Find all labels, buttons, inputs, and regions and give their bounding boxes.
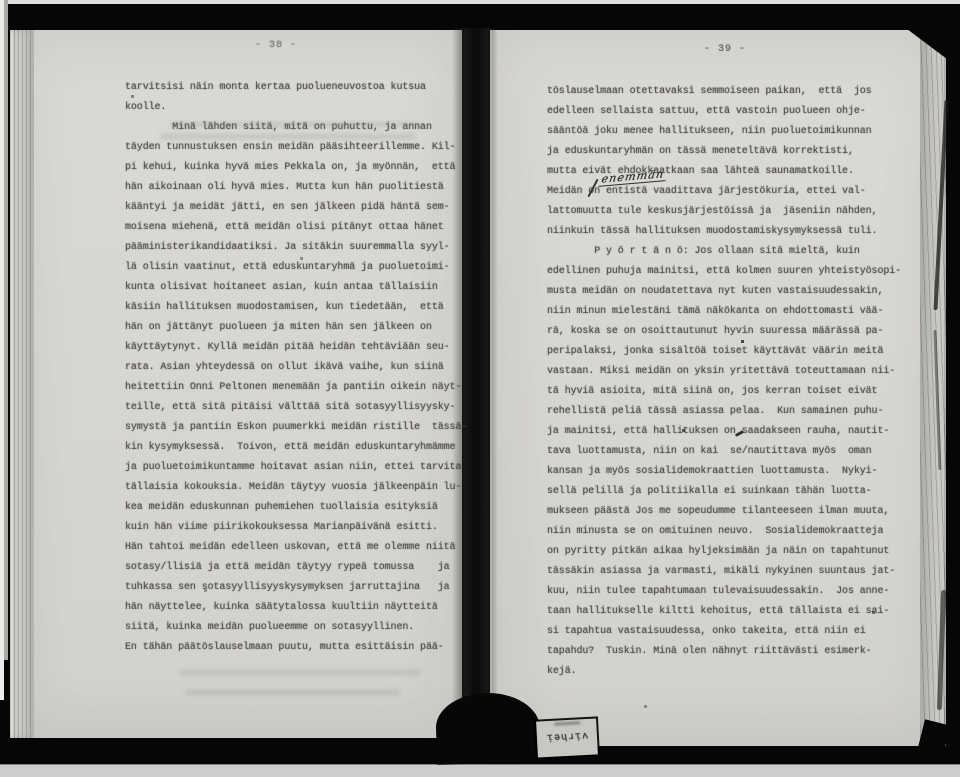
text-line: sotasy/llisiä ja että meidän täytyy rype… xyxy=(125,558,467,578)
text-line: P y ö r t ä n ö: Jos ollaan sitä mieltä,… xyxy=(547,242,901,262)
text-line: kunta olisivat hoitaneet asian, kuin ant… xyxy=(125,278,467,298)
text-line: si tapahtua vastaisuudessa, onko takeita… xyxy=(547,622,901,642)
text-line: käsiin hallituksen muodostamisen, kun ti… xyxy=(125,298,467,318)
text-line: pääministerikandidaatiksi. Ja sitäkin su… xyxy=(125,238,467,258)
bleedthrough-smudge xyxy=(170,122,420,127)
text-line: koolle. xyxy=(125,98,467,118)
text-line: ja eduskuntaryhmän on tässä meneteltävä … xyxy=(547,142,901,162)
text-line: tuhkassa sen sotasyyllisyyskysymyksen ja… xyxy=(125,578,467,598)
page-crease xyxy=(934,330,942,470)
text-line: sääntöä joku menee hallitukseen, niin pu… xyxy=(547,122,901,142)
fragment-mark xyxy=(554,721,580,725)
page-39: - 39 - töslauselmaan otettavaksi semmois… xyxy=(490,30,946,746)
torn-corner xyxy=(918,719,950,754)
text-line: musta meidän on noudatettava nyt kuten v… xyxy=(547,282,901,302)
text-line: heitettiin Onni Peltonen menemään ja pan… xyxy=(125,378,467,398)
text-line: tässäkin asiassa ja varmasti, mikäli nyk… xyxy=(547,562,901,582)
book-gutter-shadow xyxy=(452,28,498,748)
text-line: hän näyttelee, kuinka säätytalossa kuult… xyxy=(125,598,467,618)
text-line: kuin hän viime piirikokouksessa Marianpä… xyxy=(125,518,467,538)
text-line: töslauselmaan otettavaksi semmoiseen pai… xyxy=(547,82,901,102)
fragment-text: virhei xyxy=(536,728,598,742)
text-line: kääntyi ja meidät jätti, en sen jälkeen … xyxy=(125,198,467,218)
text-line: ja mainitsi, että hallituksen on saadaks… xyxy=(547,422,901,442)
bleedthrough-smudge xyxy=(180,670,420,675)
text-line: kejä. xyxy=(547,662,901,682)
page-38: - 38 - tarvitsisi näin monta kertaa puol… xyxy=(10,30,462,738)
microfilm-scan: { "document": { "left_page": { "page_num… xyxy=(0,0,960,777)
bleedthrough-smudge xyxy=(185,690,400,695)
text-line: niin minun mielestäni tämä näkökanta on … xyxy=(547,302,901,322)
bleedthrough-smudge xyxy=(160,134,415,139)
page-crease xyxy=(937,590,946,710)
text-line: kansan ja myös sosialidemokraattien luot… xyxy=(547,462,901,482)
torn-corner xyxy=(907,29,947,59)
text-line: lä olisin vaatinut, että eduskuntaryhmä … xyxy=(125,258,467,278)
text-line: kuu, niin tulee tapahtumaan tulevaisuude… xyxy=(547,582,901,602)
page-edge-stack-left xyxy=(10,30,34,738)
text-line: symystä ja pantiin Eskon puumerkki meidä… xyxy=(125,418,467,438)
text-line: tarvitsisi näin monta kertaa puolueneuvo… xyxy=(125,78,467,98)
film-strip-bottom xyxy=(0,764,960,777)
text-line: niin minusta se on omituinen neuvo. Sosi… xyxy=(547,522,901,542)
text-line: taan hallitukselle kiltti kehoitus, että… xyxy=(547,602,901,622)
text-line: käyttäytynyt. Kyllä meidän pitää heidän … xyxy=(125,338,467,358)
text-line: pi kehui, kuinka hyvä mies Pekkala on, j… xyxy=(125,158,467,178)
text-line: tällaisia kokouksia. Meidän täytyy vuosi… xyxy=(125,478,467,498)
page-number-38: - 38 - xyxy=(255,40,297,51)
text-line: vastaan. Miksi meidän on yksin yritettäv… xyxy=(547,362,901,382)
text-line: ja puoluetoimikuntamme hoitavat asian ni… xyxy=(125,458,467,478)
page-crease xyxy=(933,100,948,310)
text-line: lattomuutta tule keskusjärjestöissä ja j… xyxy=(547,202,901,222)
text-line: kea meidän eduskunnan puhemiehen tuollai… xyxy=(125,498,467,518)
text-line: niinkuin tässä hallituksen muodostamisky… xyxy=(547,222,901,242)
page-edge-stack-right xyxy=(920,30,946,746)
text-line: peripalaksi, jonka sisältöä toiset käytt… xyxy=(547,342,901,362)
text-line: tapahdu? Tuskin. Minä olen nähnyt riittä… xyxy=(547,642,901,662)
text-line: edelleen sellaista sattuu, että vastoin … xyxy=(547,102,901,122)
film-strip-top xyxy=(0,0,960,4)
text-line: tä hyviä asioita, mitä siinä on, jos ker… xyxy=(547,382,901,402)
text-line: hän on jättänyt puolueen ja miten hän se… xyxy=(125,318,467,338)
text-line: tava luottamusta, niin on kai se/nautitt… xyxy=(547,442,901,462)
page-number-39: - 39 - xyxy=(704,44,746,55)
text-line: teille, että sitä pitäisi välttää sitä s… xyxy=(125,398,467,418)
dust-speckles xyxy=(0,0,1,1)
text-line: En tähän päätöslauselmaan puutu, mutta e… xyxy=(125,638,467,658)
text-line: rehellistä peliä tässä asiassa pelaa. Ku… xyxy=(547,402,901,422)
text-line: moisena miehenä, että meidän olisi pitän… xyxy=(125,218,467,238)
text-line: siitä, kuinka meidän puolueemme on sotas… xyxy=(125,618,467,638)
text-line: rä, koska se on osoittautunut hyvin suur… xyxy=(547,322,901,342)
text-line: sellä pelillä ja politiikalla ei suinkaa… xyxy=(547,482,901,502)
text-line: kin kysymyksessä. Toivon, että meidän ed… xyxy=(125,438,467,458)
typewritten-text-left: tarvitsisi näin monta kertaa puolueneuvo… xyxy=(125,78,467,658)
bottom-page-fragment: virhei xyxy=(536,718,598,757)
text-line: hän aikoinaan oli hyvä mies. Mutta kun h… xyxy=(125,178,467,198)
text-line: on pyritty pitkän aikaa hyljeksimään ja … xyxy=(547,542,901,562)
text-line: rata. Asian yhteydessä on ollut ikävä va… xyxy=(125,358,467,378)
text-line: mukseen päästä Jos me sopeudumme tilante… xyxy=(547,502,901,522)
text-line: Hän tahtoi meidän edelleen uskovan, että… xyxy=(125,538,467,558)
text-line: täyden tunnustuksen ensin meidän pääsiht… xyxy=(125,138,467,158)
film-strip-left-shade xyxy=(4,0,8,660)
text-line: edellinen puhuja mainitsi, että kolmen s… xyxy=(547,262,901,282)
